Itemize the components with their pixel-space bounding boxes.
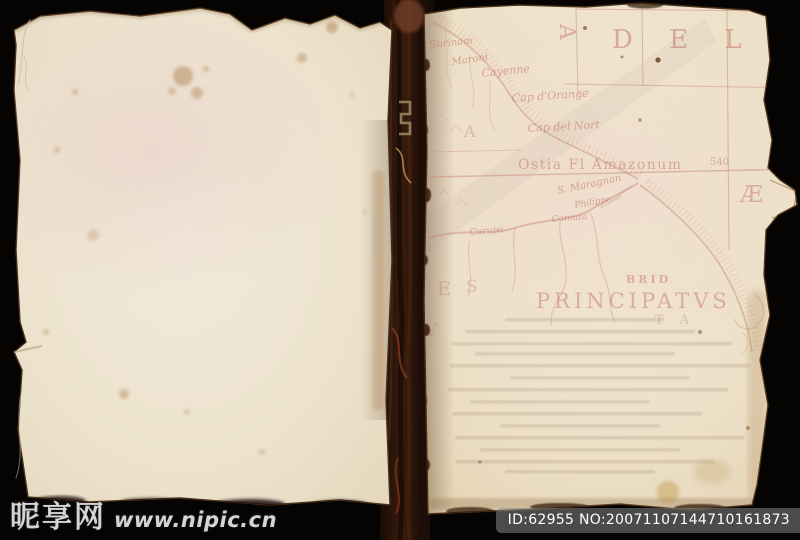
right-page: D E L A Æ 540 Ostia Fl Amazonum PRINCIPA… <box>370 0 800 540</box>
map-heading-letters: D E L <box>612 25 756 55</box>
map-inland-letter: A <box>463 122 476 141</box>
open-book-illustration: D E L A Æ 540 Ostia Fl Amazonum PRINCIPA… <box>0 0 800 540</box>
spine-top-leather <box>394 0 424 33</box>
map-meridian-number: 540 <box>710 157 729 168</box>
site-watermark: 昵享网 www.nipic.cn <box>10 492 277 536</box>
map-margin-letter-e: E <box>437 278 451 300</box>
map-right-margin-letter: Æ <box>739 182 763 208</box>
left-page <box>0 0 392 510</box>
map-margin-letter-s: S <box>466 277 478 297</box>
map-region-title: PRINCIPATVS <box>536 289 731 313</box>
map-region-fragment: BRID <box>626 273 671 286</box>
site-watermark-url: www.nipic.cn <box>114 508 277 532</box>
image-id-text: ID:62955 NO:20071107144710161873 <box>508 512 790 528</box>
map-river-title: Ostia Fl Amazonum <box>518 157 683 173</box>
book-photo: D E L A Æ 540 Ostia Fl Amazonum PRINCIPA… <box>0 0 800 540</box>
image-id-badge: ID:62955 NO:20071107144710161873 <box>496 508 800 533</box>
site-watermark-logo: 昵享网 <box>10 492 106 536</box>
map-top-corner-letter: A <box>554 23 579 41</box>
